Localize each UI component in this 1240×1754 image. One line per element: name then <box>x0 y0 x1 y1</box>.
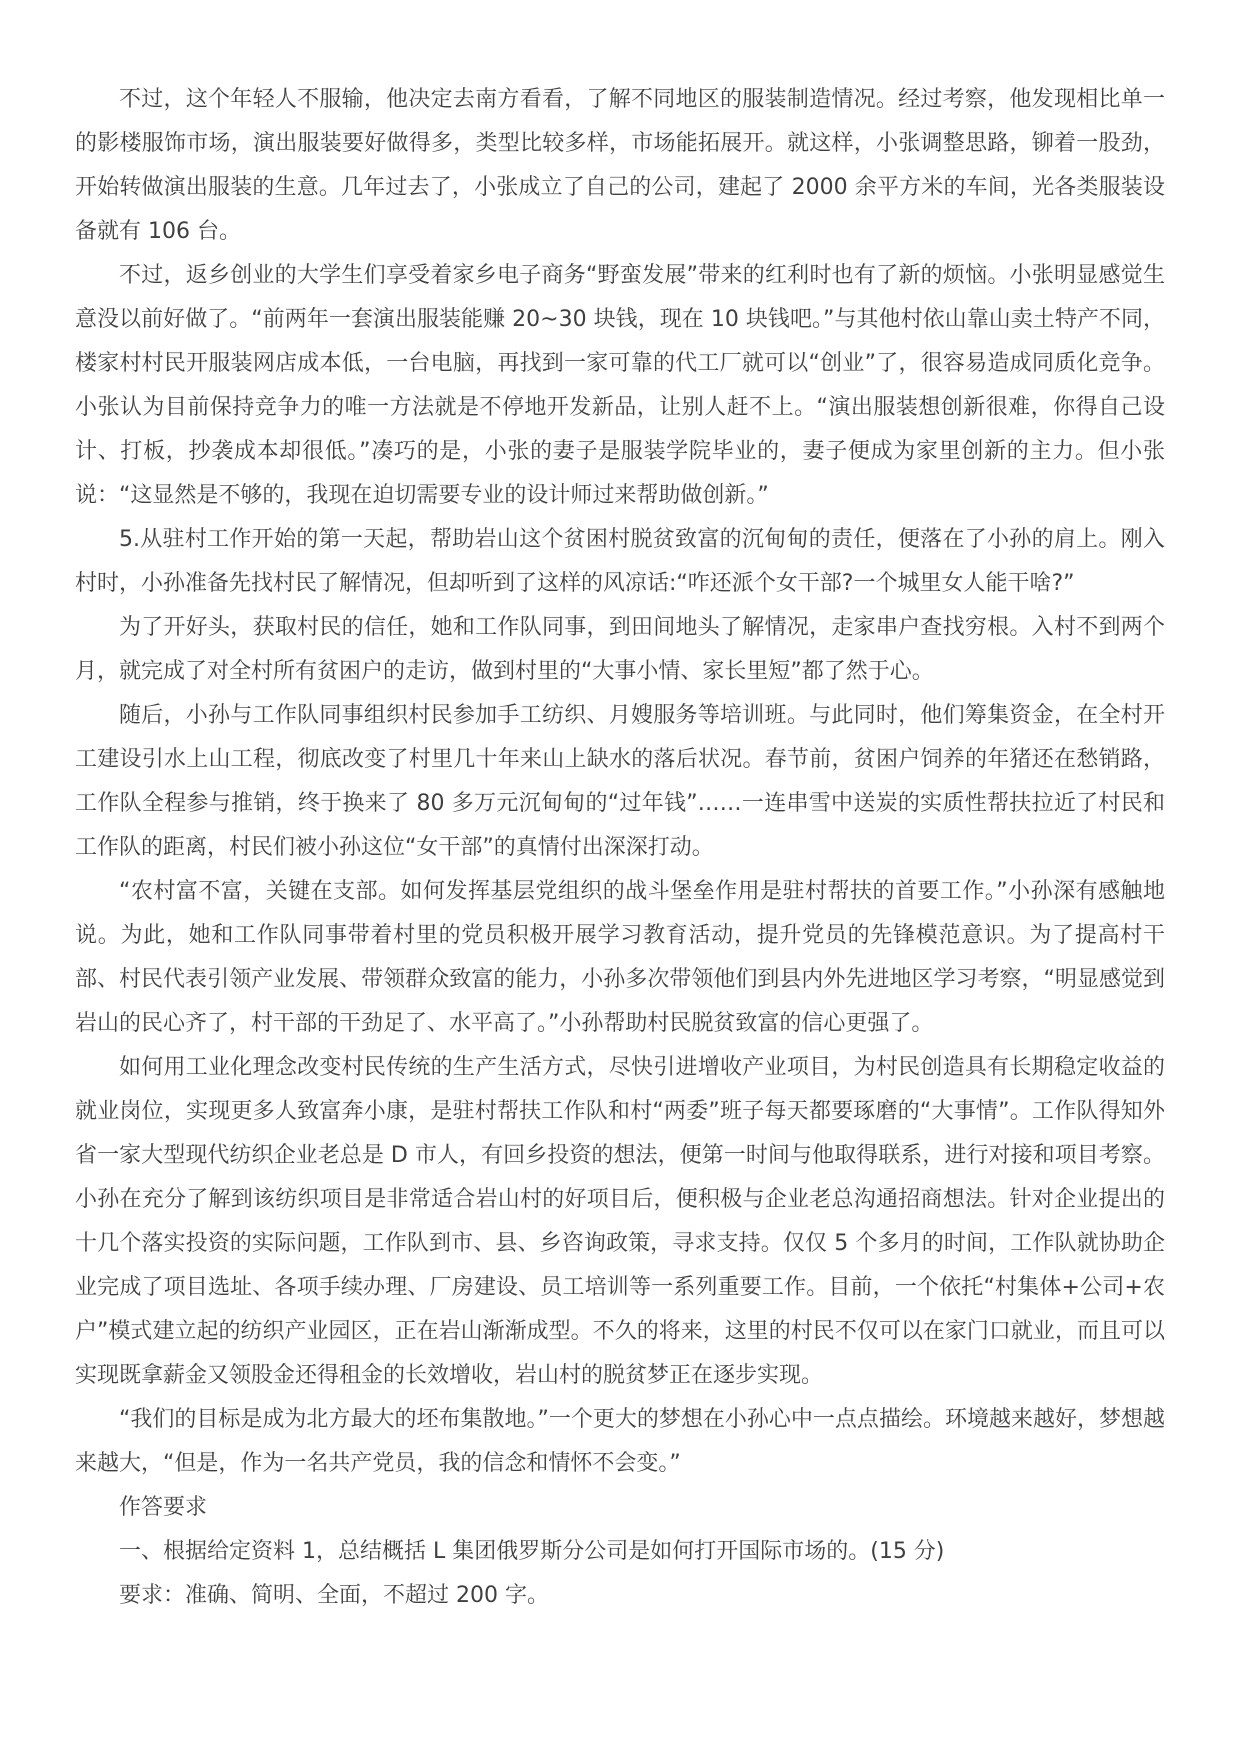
question-one: 一、根据给定资料 1，总结概括 L 集团俄罗斯分公司是如何打开国际市场的。(15… <box>75 1530 1165 1574</box>
paragraph-material5-dream: “我们的目标是成为北方最大的坯布集散地。”一个更大的梦想在小孙心中一点点描绘。环… <box>75 1398 1165 1486</box>
paragraph-material5-intro: 5.从驻村工作开始的第一天起，帮助岩山这个贫困村脱贫致富的沉甸甸的责任，便落在了… <box>75 518 1165 606</box>
paragraph-material5-party: “农村富不富，关键在支部。如何发挥基层党组织的战斗堡垒作用是驻村帮扶的首要工作。… <box>75 870 1165 1046</box>
paragraph-material4-continued-2: 不过，返乡创业的大学生们享受着家乡电子商务“野蛮发展”带来的红利时也有了新的烦恼… <box>75 254 1165 518</box>
paragraph-material5-training: 随后，小孙与工作队同事组织村民参加手工纺织、月嫂服务等培训班。与此同时，他们筹集… <box>75 694 1165 870</box>
document-page: 不过，这个年轻人不服输，他决定去南方看看，了解不同地区的服装制造情况。经过考察，… <box>0 0 1240 1754</box>
document-body: 不过，这个年轻人不服输，他决定去南方看看，了解不同地区的服装制造情况。经过考察，… <box>75 78 1165 1618</box>
answer-requirements-heading: 作答要求 <box>75 1486 1165 1530</box>
paragraph-material5-trust: 为了开好头，获取村民的信任，她和工作队同事，到田间地头了解情况，走家串户查找穷根… <box>75 606 1165 694</box>
paragraph-material4-continued-1: 不过，这个年轻人不服输，他决定去南方看看，了解不同地区的服装制造情况。经过考察，… <box>75 78 1165 254</box>
question-one-requirements: 要求：准确、简明、全面，不超过 200 字。 <box>75 1574 1165 1618</box>
paragraph-material5-industry: 如何用工业化理念改变村民传统的生产生活方式，尽快引进增收产业项目，为村民创造具有… <box>75 1046 1165 1398</box>
